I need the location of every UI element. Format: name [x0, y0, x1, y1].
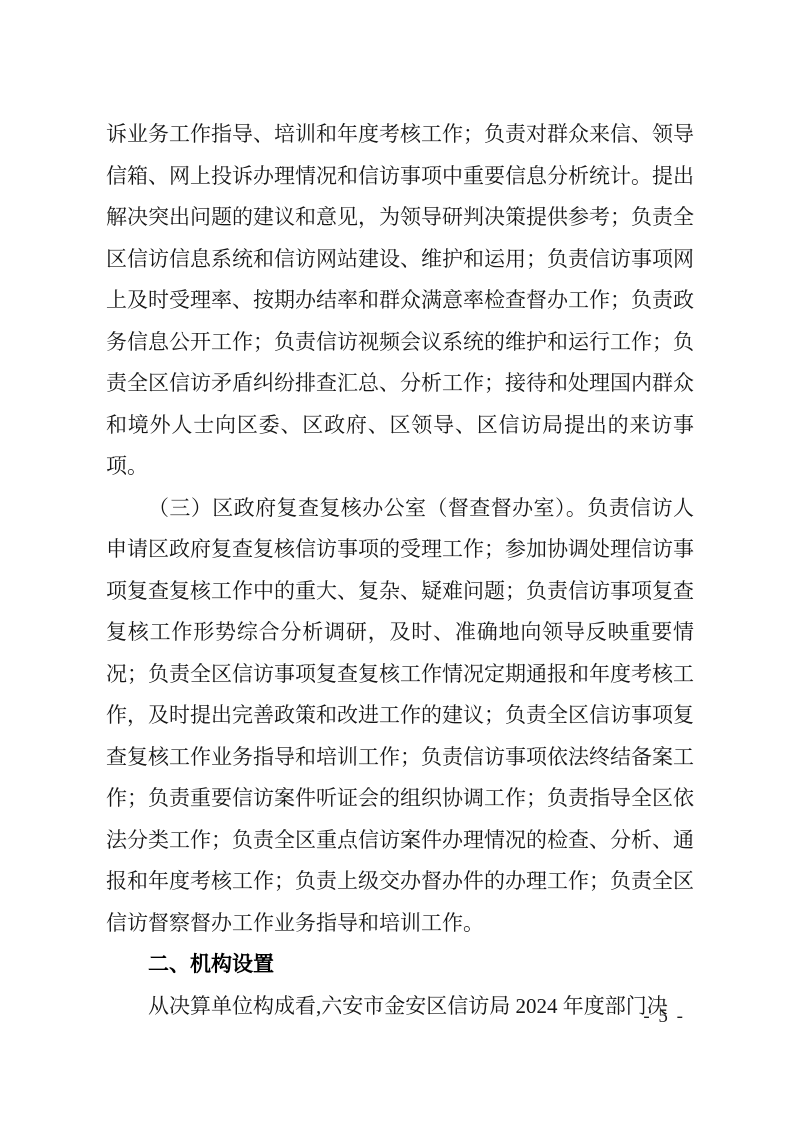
paragraph-duties-continuation: 诉业务工作指导、培训和年度考核工作；负责对群众来信、领导信箱、网上投诉办理情况和… [106, 114, 694, 488]
page-number: - 5 - [0, 1006, 793, 1028]
document-body: 诉业务工作指导、培训和年度考核工作；负责对群众来信、领导信箱、网上投诉办理情况和… [106, 114, 694, 1027]
document-page: 诉业务工作指导、培训和年度考核工作；负责对群众来信、领导信箱、网上投诉办理情况和… [0, 0, 793, 1122]
paragraph-review-office-duties: （三）区政府复查复核办公室（督查督办室）。负责信访人申请区政府复查复核信访事项的… [106, 488, 694, 945]
section-heading-org-setup: 二、机构设置 [106, 944, 694, 986]
